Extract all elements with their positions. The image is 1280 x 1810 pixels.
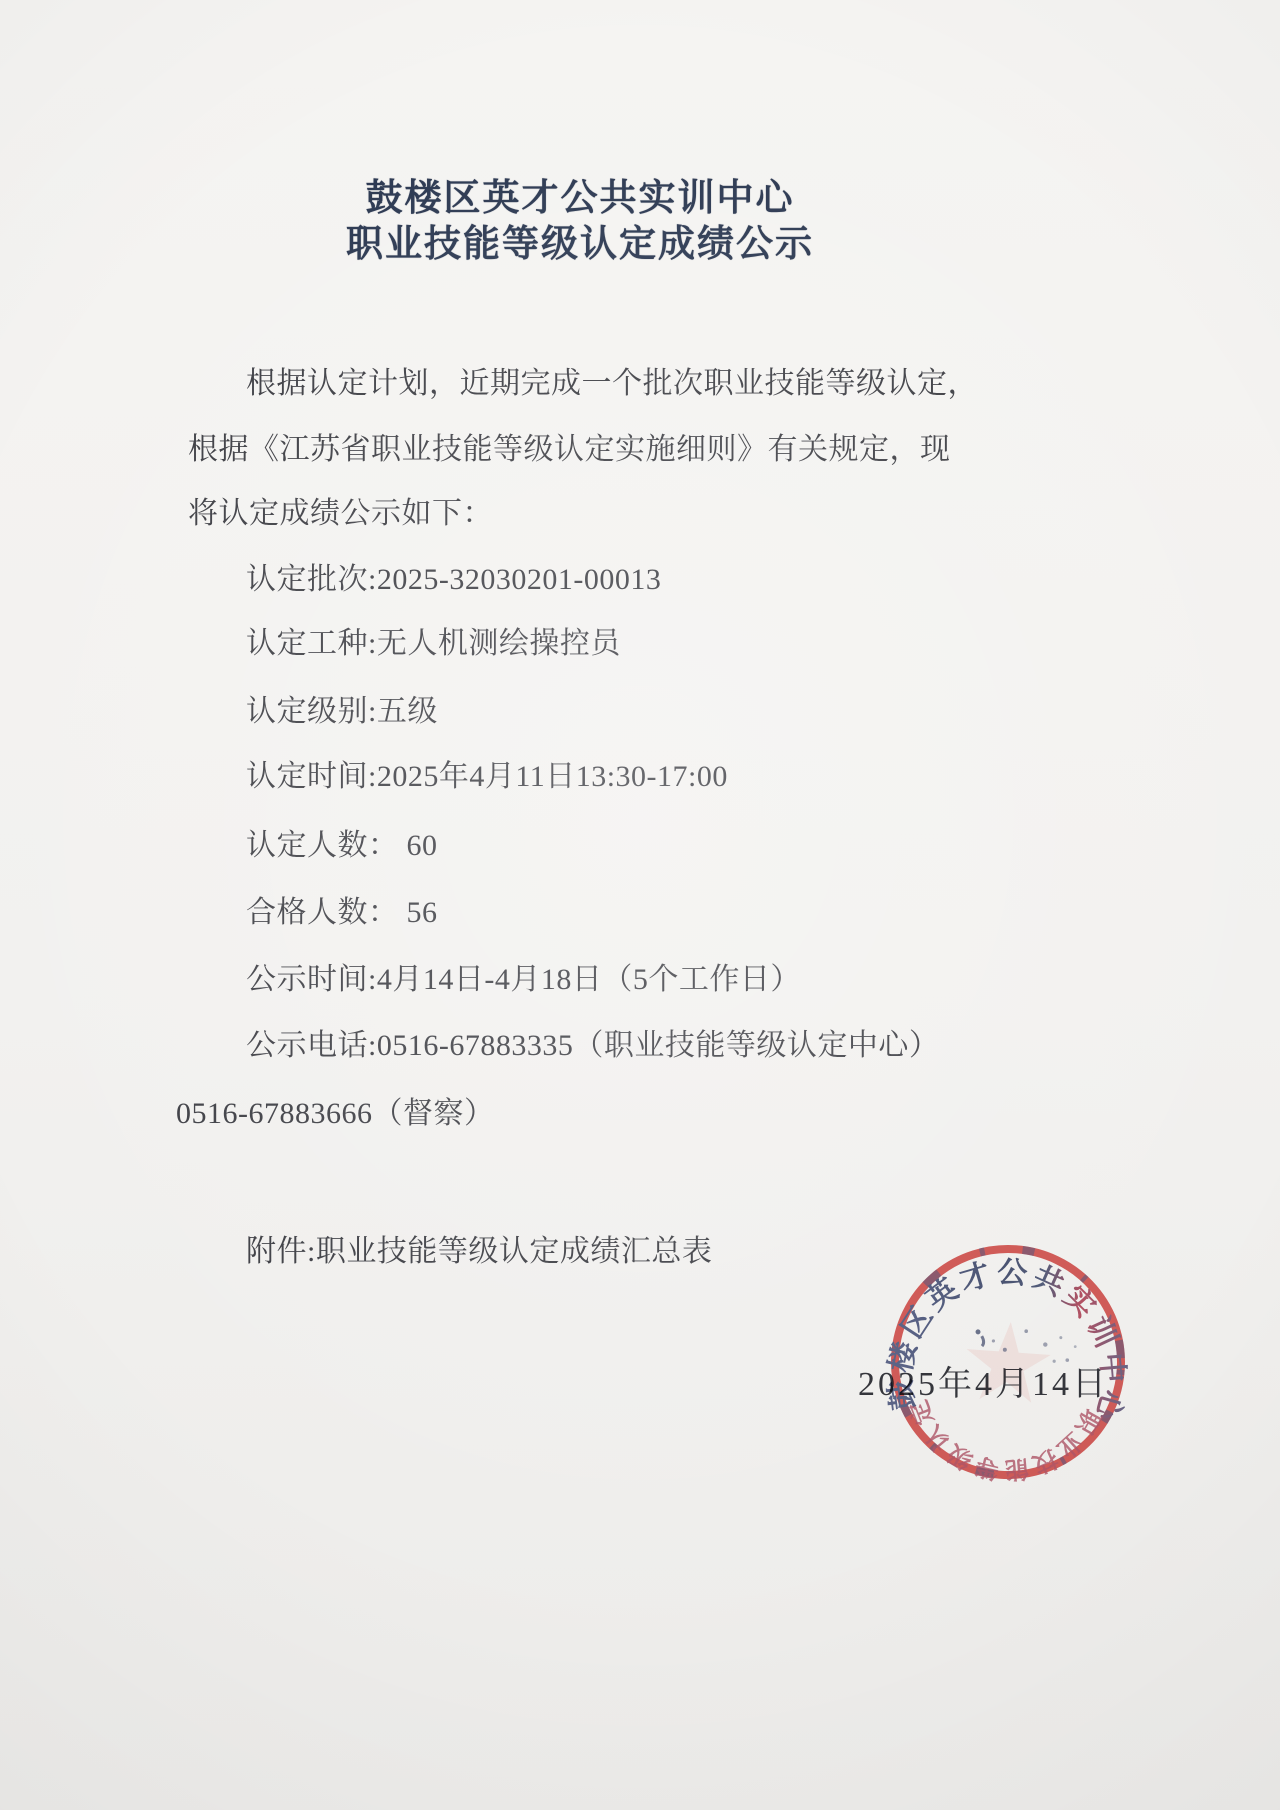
detail-phone-overflow: 0516-67883666（督察） — [176, 1094, 946, 1134]
detail-batch: 认定批次:2025-32030201-00013 — [188, 560, 1016, 600]
svg-text:职业技能等级认定: 职业技能等级认定 — [899, 1392, 1106, 1491]
detail-publicity-phone: 公示电话:0516-67883335（职业技能等级认定中心） — [188, 1026, 1016, 1066]
detail-time: 认定时间:2025年4月11日13:30-17:00 — [188, 757, 1016, 797]
detail-level: 认定级别:五级 — [188, 692, 1016, 732]
seal-bottom-text: 职业技能等级认定 — [899, 1392, 1106, 1491]
title-line-2: 职业技能等级认定成绩公示 — [0, 222, 1160, 268]
document-page: 鼓楼区英才公共实训中心 职业技能等级认定成绩公示 根据认定计划，近期完成一个批次… — [0, 0, 1280, 1810]
official-seal-stamp: 鼓楼区英才公共实训中心 职业技能等级认定 — [876, 1230, 1141, 1495]
intro-line-3: 将认定成绩公示如下： — [188, 494, 958, 534]
detail-candidates: 认定人数： 60 — [188, 826, 1016, 866]
intro-line-1: 根据认定计划，近期完成一个批次职业技能等级认定， — [188, 364, 1016, 404]
title-line-1: 鼓楼区英才公共实训中心 — [0, 176, 1160, 222]
detail-passed: 合格人数： 56 — [188, 893, 1016, 933]
detail-publicity-period: 公示时间:4月14日-4月18日（5个工作日） — [188, 960, 1016, 1000]
detail-occupation: 认定工种:无人机测绘操控员 — [188, 624, 1016, 664]
intro-line-2: 根据《江苏省职业技能等级认定实施细则》有关规定，现 — [188, 430, 958, 470]
document-title: 鼓楼区英才公共实训中心 职业技能等级认定成绩公示 — [0, 176, 1160, 268]
